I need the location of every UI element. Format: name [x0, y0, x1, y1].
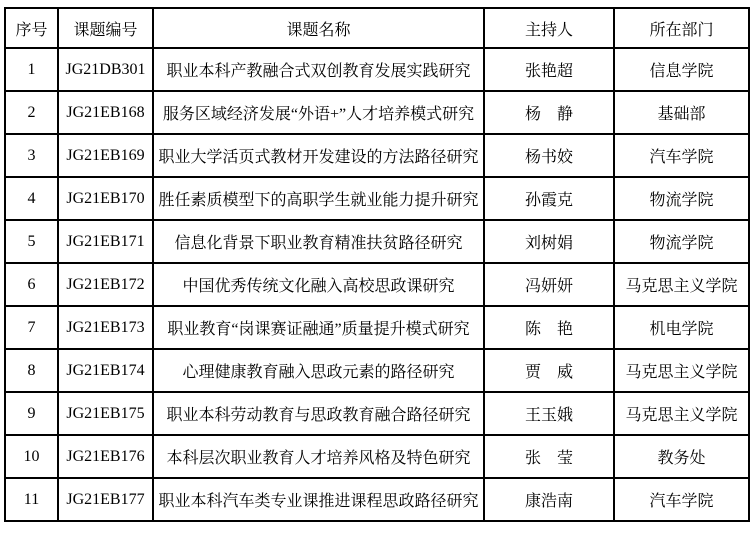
cell-seq: 9 — [5, 392, 58, 435]
cell-leader: 贾 威 — [484, 349, 614, 392]
table-header: 序号 课题编号 课题名称 主持人 所在部门 — [5, 8, 749, 48]
cell-title: 本科层次职业教育人才培养风格及特色研究 — [153, 435, 484, 478]
table-body: 1JG21DB301职业本科产教融合式双创教育发展实践研究张艳超信息学院2JG2… — [5, 48, 749, 521]
cell-seq: 5 — [5, 220, 58, 263]
cell-leader: 康浩南 — [484, 478, 614, 521]
cell-code: JG21EB172 — [58, 263, 153, 306]
cell-department: 马克思主义学院 — [614, 263, 749, 306]
table-row: 6JG21EB172中国优秀传统文化融入高校思政课研究冯妍妍马克思主义学院 — [5, 263, 749, 306]
cell-leader: 王玉娥 — [484, 392, 614, 435]
table-row: 7JG21EB173职业教育“岗课赛证融通”质量提升模式研究陈 艳机电学院 — [5, 306, 749, 349]
cell-leader: 杨书姣 — [484, 134, 614, 177]
cell-code: JG21EB173 — [58, 306, 153, 349]
cell-leader: 刘树娟 — [484, 220, 614, 263]
cell-code: JG21EB177 — [58, 478, 153, 521]
cell-department: 物流学院 — [614, 177, 749, 220]
cell-title: 服务区域经济发展“外语+”人才培养模式研究 — [153, 91, 484, 134]
cell-department: 信息学院 — [614, 48, 749, 91]
cell-department: 马克思主义学院 — [614, 349, 749, 392]
table-row: 5JG21EB171信息化背景下职业教育精准扶贫路径研究刘树娟物流学院 — [5, 220, 749, 263]
cell-leader: 陈 艳 — [484, 306, 614, 349]
cell-leader: 张 莹 — [484, 435, 614, 478]
cell-title: 职业本科汽车类专业课推进课程思政路径研究 — [153, 478, 484, 521]
table-row: 2JG21EB168服务区域经济发展“外语+”人才培养模式研究杨 静基础部 — [5, 91, 749, 134]
cell-code: JG21EB168 — [58, 91, 153, 134]
cell-department: 马克思主义学院 — [614, 392, 749, 435]
table-row: 3JG21EB169职业大学活页式教材开发建设的方法路径研究杨书姣汽车学院 — [5, 134, 749, 177]
cell-seq: 10 — [5, 435, 58, 478]
cell-leader: 孙霞克 — [484, 177, 614, 220]
header-cell-code: 课题编号 — [58, 8, 153, 48]
cell-title: 信息化背景下职业教育精准扶贫路径研究 — [153, 220, 484, 263]
cell-department: 教务处 — [614, 435, 749, 478]
cell-leader: 杨 静 — [484, 91, 614, 134]
page-background: { "table": { "headers": { "seq": "序号", "… — [0, 0, 752, 536]
cell-title: 职业本科产教融合式双创教育发展实践研究 — [153, 48, 484, 91]
cell-seq: 4 — [5, 177, 58, 220]
cell-title: 职业本科劳动教育与思政教育融合路径研究 — [153, 392, 484, 435]
cell-seq: 3 — [5, 134, 58, 177]
cell-leader: 张艳超 — [484, 48, 614, 91]
cell-seq: 11 — [5, 478, 58, 521]
cell-title: 胜任素质模型下的高职学生就业能力提升研究 — [153, 177, 484, 220]
cell-seq: 7 — [5, 306, 58, 349]
cell-seq: 8 — [5, 349, 58, 392]
cell-leader: 冯妍妍 — [484, 263, 614, 306]
table-row: 8JG21EB174心理健康教育融入思政元素的路径研究贾 威马克思主义学院 — [5, 349, 749, 392]
cell-seq: 2 — [5, 91, 58, 134]
table-row: 1JG21DB301职业本科产教融合式双创教育发展实践研究张艳超信息学院 — [5, 48, 749, 91]
table-row: 10JG21EB176本科层次职业教育人才培养风格及特色研究张 莹教务处 — [5, 435, 749, 478]
cell-title: 职业教育“岗课赛证融通”质量提升模式研究 — [153, 306, 484, 349]
cell-department: 汽车学院 — [614, 478, 749, 521]
cell-department: 机电学院 — [614, 306, 749, 349]
table-row: 11JG21EB177职业本科汽车类专业课推进课程思政路径研究康浩南汽车学院 — [5, 478, 749, 521]
cell-department: 汽车学院 — [614, 134, 749, 177]
cell-code: JG21EB169 — [58, 134, 153, 177]
cell-seq: 1 — [5, 48, 58, 91]
cell-department: 物流学院 — [614, 220, 749, 263]
cell-code: JG21EB176 — [58, 435, 153, 478]
table-row: 4JG21EB170胜任素质模型下的高职学生就业能力提升研究孙霞克物流学院 — [5, 177, 749, 220]
cell-code: JG21EB171 — [58, 220, 153, 263]
header-cell-title: 课题名称 — [153, 8, 484, 48]
projects-table: 序号 课题编号 课题名称 主持人 所在部门 1JG21DB301职业本科产教融合… — [4, 7, 750, 522]
cell-department: 基础部 — [614, 91, 749, 134]
cell-code: JG21DB301 — [58, 48, 153, 91]
cell-code: JG21EB174 — [58, 349, 153, 392]
cell-title: 中国优秀传统文化融入高校思政课研究 — [153, 263, 484, 306]
cell-code: JG21EB170 — [58, 177, 153, 220]
cell-seq: 6 — [5, 263, 58, 306]
cell-code: JG21EB175 — [58, 392, 153, 435]
header-cell-seq: 序号 — [5, 8, 58, 48]
header-cell-leader: 主持人 — [484, 8, 614, 48]
header-row: 序号 课题编号 课题名称 主持人 所在部门 — [5, 8, 749, 48]
cell-title: 职业大学活页式教材开发建设的方法路径研究 — [153, 134, 484, 177]
cell-title: 心理健康教育融入思政元素的路径研究 — [153, 349, 484, 392]
header-cell-department: 所在部门 — [614, 8, 749, 48]
table-row: 9JG21EB175职业本科劳动教育与思政教育融合路径研究王玉娥马克思主义学院 — [5, 392, 749, 435]
